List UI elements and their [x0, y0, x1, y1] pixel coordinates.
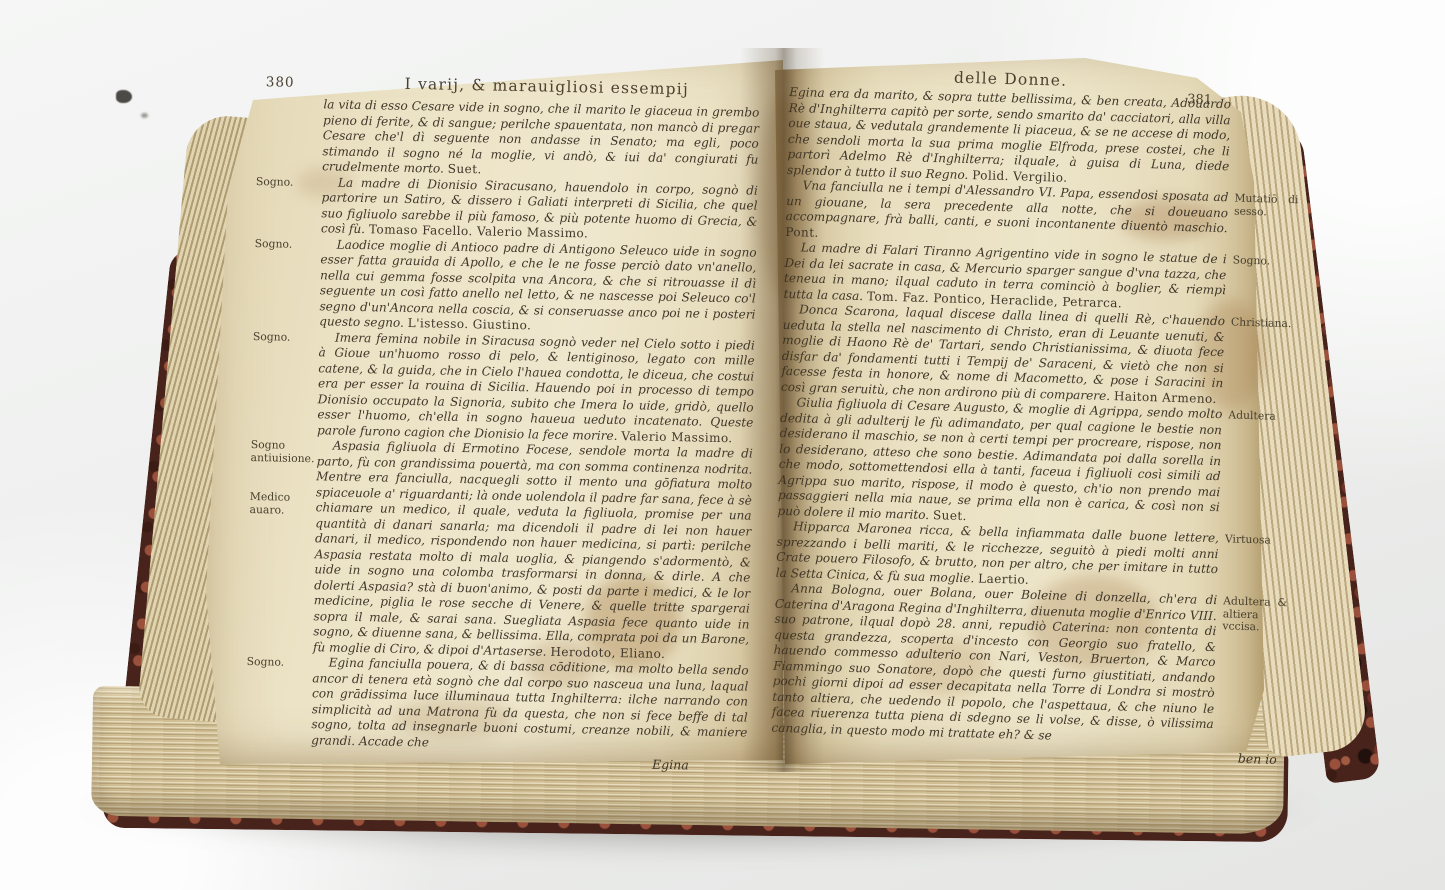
citation: Polid. Vergilio. — [972, 168, 1068, 185]
margin-note: Sogno antiuisione. — [250, 439, 308, 465]
margin-note: Sogno. — [247, 656, 305, 670]
margin-note: Sogno. — [253, 330, 311, 344]
paragraph: Sogno. Egina fanciulla pouera, & di bass… — [243, 654, 749, 757]
paragraph: la vita di esso Cesare vide in sogno, ch… — [254, 96, 759, 183]
paragraph: Sogno. Laodice moglie di Antioco padre d… — [251, 235, 757, 338]
paragraph: Egina era da marito, & sopra tutte belli… — [787, 85, 1301, 192]
citation: Pont. — [785, 224, 819, 239]
paragraph: Sogno antiuisione. Medico auaro. Aspasia… — [245, 437, 753, 664]
paragraph-text: Donca Scarona, laqual discese dalla line… — [781, 302, 1225, 402]
margin-note: Adultera — [1228, 409, 1292, 423]
margin-note: Adultera & altiera vccisa. — [1222, 595, 1287, 634]
margin-note: Medico auaro. — [249, 491, 307, 517]
citation: L'istesso. Giustino. — [408, 316, 532, 332]
margin-note: Sogno. — [256, 176, 314, 190]
background-speck — [116, 90, 132, 103]
margin-note: Virtuosa — [1225, 533, 1289, 547]
paragraph: Christiana. Donca Scarona, laqual disces… — [781, 302, 1295, 409]
paragraph-text: Imera femina nobile in Siracusa sognò ve… — [317, 330, 755, 442]
margin-note: Christiana. — [1231, 316, 1295, 330]
paragraph-text: Aspasia figliuola di Ermotino Focese, se… — [313, 439, 753, 659]
citation: Valerio Massimo. — [621, 429, 733, 445]
margin-note: Sogno. — [255, 238, 313, 252]
paragraph-text: Egina era da marito, & sopra tutte belli… — [787, 85, 1231, 182]
paragraph: Adultera Giulia figliuola di Cesare Augu… — [777, 395, 1292, 533]
left-page-number: 380 — [256, 74, 334, 91]
background-speck-small — [141, 113, 148, 118]
paragraph-text: Anna Bologna, ouer Bolana, ouer Boleine … — [771, 581, 1217, 742]
paragraph: Adultera & altiera vccisa. Anna Bologna,… — [771, 581, 1287, 750]
citation: Suet. — [448, 162, 482, 177]
citation: Suet. — [933, 508, 967, 523]
paragraph-text: Egina fanciulla pouera, & di bassa cōdit… — [311, 656, 749, 749]
photo-scene: 380 I varij, & marauigliosi essempij la … — [0, 0, 1445, 890]
margin-note: Mutatiō di sesso. — [1234, 192, 1299, 219]
paragraph-text: Giulia figliuola di Cesare Augusto, & mo… — [777, 395, 1222, 521]
paragraph: Sogno. Imera femina nobile in Siracusa s… — [249, 328, 755, 446]
paragraph: Sogno. La madre di Dionisio Siracusano, … — [253, 173, 758, 245]
citation: Haiton Armeno. — [1114, 389, 1217, 406]
right-page-text: delle Donne. 381 Egina era da marito, & … — [771, 64, 1302, 767]
margin-note: Sogno. — [1233, 254, 1297, 268]
citation: Laertio. — [978, 571, 1029, 586]
left-page-text: 380 I varij, & marauigliosi essempij la … — [243, 72, 760, 774]
paragraph-text: la vita di esso Cesare vide in sogno, ch… — [322, 97, 759, 175]
citation: Herodoto, Eliano. — [550, 644, 665, 660]
paragraph-text: Laodice moglie di Antioco padre di Antig… — [319, 237, 757, 330]
